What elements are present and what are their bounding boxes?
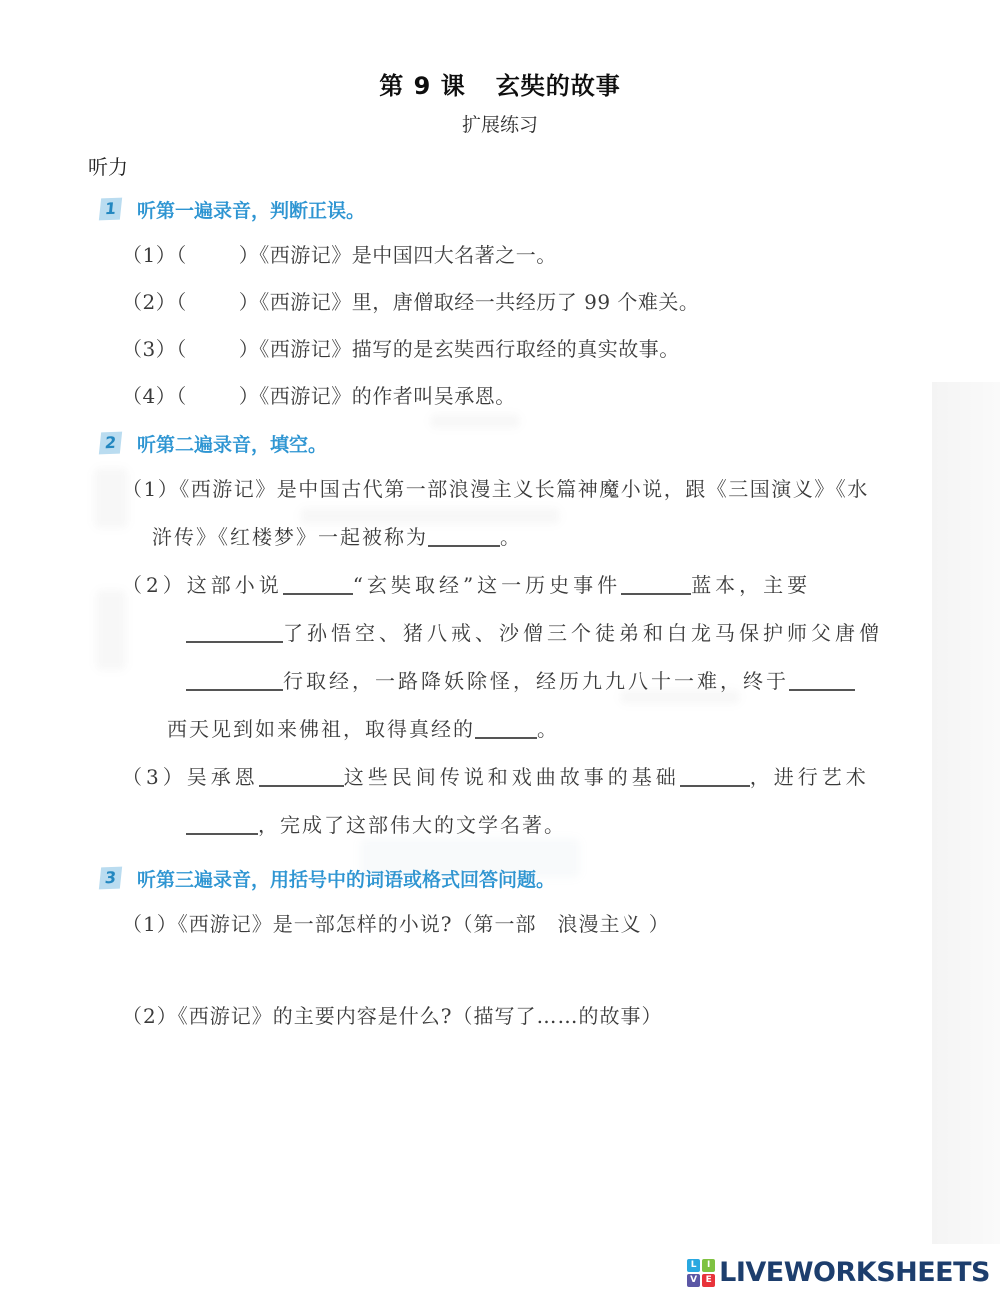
question-item: （4）（）《西游记》的作者叫吴承恩。 <box>122 383 1000 409</box>
text-run: （4）（ <box>122 384 187 408</box>
section-heading-text: 听第三遍录音，用括号中的词语或格式回答问题。 <box>137 865 555 892</box>
text-run: 。 <box>537 717 559 741</box>
text-run: ，完成了这部伟大的文学名著。 <box>258 813 566 837</box>
logo-letter-e: E <box>702 1274 715 1287</box>
question-item: （3）（）《西游记》描写的是玄奘西行取经的真实故事。 <box>122 336 1000 362</box>
section-number-badge: 1 <box>99 198 122 221</box>
section-items: （1）《西游记》是中国古代第一部浪漫主义长篇神魔小说，跟《三国演义》《水浒传》《… <box>100 476 1000 838</box>
text-run: “玄奘取经”这一历史事件 <box>353 573 621 597</box>
text-run: ）《西游记》里，唐僧取经一共经历了 99 个难关。 <box>239 290 700 314</box>
section-heading-text: 听第二遍录音，填空。 <box>137 430 327 457</box>
question-line: 了孙悟空、猪八戒、沙僧三个徒弟和白龙马保护师父唐僧 <box>122 620 1000 646</box>
liveworksheets-footer[interactable]: L I V E LIVEWORKSHEETS <box>687 1257 990 1288</box>
fill-blank-underline[interactable] <box>186 815 258 835</box>
fill-blank-underline[interactable] <box>283 575 353 595</box>
question-line: （1）《西游记》是一部怎样的小说?（第一部 浪漫主义 ） <box>122 911 1000 937</box>
worksheet-page: 第 9 课玄奘的故事 扩展练习 听力 1听第一遍录音，判断正误。（1）（）《西游… <box>0 0 1000 1294</box>
question-line: （2）这部小说“玄奘取经”这一历史事件蓝本，主要 <box>122 572 1000 598</box>
text-run: 浒传》《红楼梦》一起被称为 <box>152 525 428 549</box>
fill-blank-underline[interactable] <box>186 623 283 643</box>
question-line: （1）（）《西游记》是中国四大名著之一。 <box>122 242 1000 268</box>
exercise-sections: 1听第一遍录音，判断正误。（1）（）《西游记》是中国四大名著之一。（2）（）《西… <box>0 196 1000 1029</box>
page-subtitle: 扩展练习 <box>0 110 1000 137</box>
logo-letter-l: L <box>687 1259 700 1272</box>
text-run: ，进行艺术 <box>750 765 870 789</box>
question-line: 西天见到如来佛祖，取得真经的。 <box>122 716 1000 742</box>
section-heading: 2听第二遍录音，填空。 <box>100 430 1000 456</box>
text-run: 。 <box>500 525 522 549</box>
true-false-answer-gap[interactable] <box>187 244 239 262</box>
fill-blank-underline[interactable] <box>186 671 283 691</box>
section-heading: 3听第三遍录音，用括号中的词语或格式回答问题。 <box>100 865 1000 891</box>
question-item: （1）（）《西游记》是中国四大名著之一。 <box>122 242 1000 268</box>
brand-wordmark[interactable]: LIVEWORKSHEETS <box>719 1257 990 1288</box>
text-run: （3）（ <box>122 337 187 361</box>
text-run: （1）《西游记》是一部怎样的小说?（第一部 浪漫主义 ） <box>122 912 670 936</box>
text-run: （2）《西游记》的主要内容是什么?（描写了……的故事） <box>122 1004 662 1028</box>
true-false-answer-gap[interactable] <box>187 385 239 403</box>
question-line: ，完成了这部伟大的文学名著。 <box>122 812 1000 838</box>
question-item: （3）吴承恩这些民间传说和戏曲故事的基础，进行艺术，完成了这部伟大的文学名著。 <box>122 764 1000 838</box>
section-2: 2听第二遍录音，填空。（1）《西游记》是中国古代第一部浪漫主义长篇神魔小说，跟《… <box>100 430 1000 838</box>
text-run: 蓝本，主要 <box>691 573 811 597</box>
question-item: （2）（）《西游记》里，唐僧取经一共经历了 99 个难关。 <box>122 289 1000 315</box>
section-items: （1）（）《西游记》是中国四大名著之一。（2）（）《西游记》里，唐僧取经一共经历… <box>100 242 1000 409</box>
question-item: （2）《西游记》的主要内容是什么?（描写了……的故事） <box>122 1003 1000 1029</box>
text-run: 这些民间传说和戏曲故事的基础 <box>344 765 680 789</box>
section-number-badge: 3 <box>99 867 122 890</box>
question-line: （3）（）《西游记》描写的是玄奘西行取经的真实故事。 <box>122 336 1000 362</box>
section-heading-text: 听第一遍录音，判断正误。 <box>137 196 365 223</box>
question-line: 行取经，一路降妖除怪，经历九九八十一难，终于 <box>122 668 1000 694</box>
true-false-answer-gap[interactable] <box>187 291 239 309</box>
text-run: （1）《西游记》是中国古代第一部浪漫主义长篇神魔小说，跟《三国演义》《水 <box>122 477 869 501</box>
question-line: （2）《西游记》的主要内容是什么?（描写了……的故事） <box>122 1003 1000 1029</box>
fill-blank-underline[interactable] <box>428 527 500 547</box>
question-item: （1）《西游记》是中国古代第一部浪漫主义长篇神魔小说，跟《三国演义》《水浒传》《… <box>122 476 1000 550</box>
logo-letter-v: V <box>687 1274 700 1287</box>
question-line: 浒传》《红楼梦》一起被称为。 <box>122 524 1000 550</box>
text-run: 了孙悟空、猪八戒、沙僧三个徒弟和白龙马保护师父唐僧 <box>283 621 883 645</box>
text-run: （2）（ <box>122 290 187 314</box>
fill-blank-underline[interactable] <box>789 671 855 691</box>
true-false-answer-gap[interactable] <box>187 338 239 356</box>
text-run: ）《西游记》的作者叫吴承恩。 <box>239 384 516 408</box>
text-run: ）《西游记》描写的是玄奘西行取经的真实故事。 <box>239 337 680 361</box>
lesson-title: 玄奘的故事 <box>496 72 621 100</box>
text-run: （1）（ <box>122 243 187 267</box>
fill-blank-underline[interactable] <box>259 767 344 787</box>
fill-blank-underline[interactable] <box>621 575 691 595</box>
section-number-badge: 2 <box>99 432 122 455</box>
page-title: 第 9 课玄奘的故事 <box>0 0 1000 101</box>
section-items: （1）《西游记》是一部怎样的小说?（第一部 浪漫主义 ）（2）《西游记》的主要内… <box>100 911 1000 1029</box>
fill-blank-underline[interactable] <box>680 767 750 787</box>
lesson-number: 第 9 课 <box>379 72 465 100</box>
question-line: （1）《西游记》是中国古代第一部浪漫主义长篇神魔小说，跟《三国演义》《水 <box>122 476 1000 502</box>
skill-label: 听力 <box>88 151 1000 180</box>
section-heading: 1听第一遍录音，判断正误。 <box>100 196 1000 222</box>
section-3: 3听第三遍录音，用括号中的词语或格式回答问题。（1）《西游记》是一部怎样的小说?… <box>100 865 1000 1029</box>
section-1: 1听第一遍录音，判断正误。（1）（）《西游记》是中国四大名著之一。（2）（）《西… <box>100 196 1000 409</box>
text-run: （2）这部小说 <box>122 573 283 597</box>
question-line: （2）（）《西游记》里，唐僧取经一共经历了 99 个难关。 <box>122 289 1000 315</box>
fill-blank-underline[interactable] <box>475 719 537 739</box>
text-run: （3）吴承恩 <box>122 765 259 789</box>
question-line: （4）（）《西游记》的作者叫吴承恩。 <box>122 383 1000 409</box>
question-item: （1）《西游记》是一部怎样的小说?（第一部 浪漫主义 ） <box>122 911 1000 937</box>
question-line: （3）吴承恩这些民间传说和戏曲故事的基础，进行艺术 <box>122 764 1000 790</box>
question-item: （2）这部小说“玄奘取经”这一历史事件蓝本，主要了孙悟空、猪八戒、沙僧三个徒弟和… <box>122 572 1000 742</box>
text-run: 行取经，一路降妖除怪，经历九九八十一难，终于 <box>283 669 789 693</box>
text-run: ）《西游记》是中国四大名著之一。 <box>239 243 557 267</box>
logo-letter-i: I <box>702 1259 715 1272</box>
text-run: 西天见到如来佛祖，取得真经的 <box>167 717 475 741</box>
liveworksheets-logo-icon[interactable]: L I V E <box>687 1259 715 1287</box>
